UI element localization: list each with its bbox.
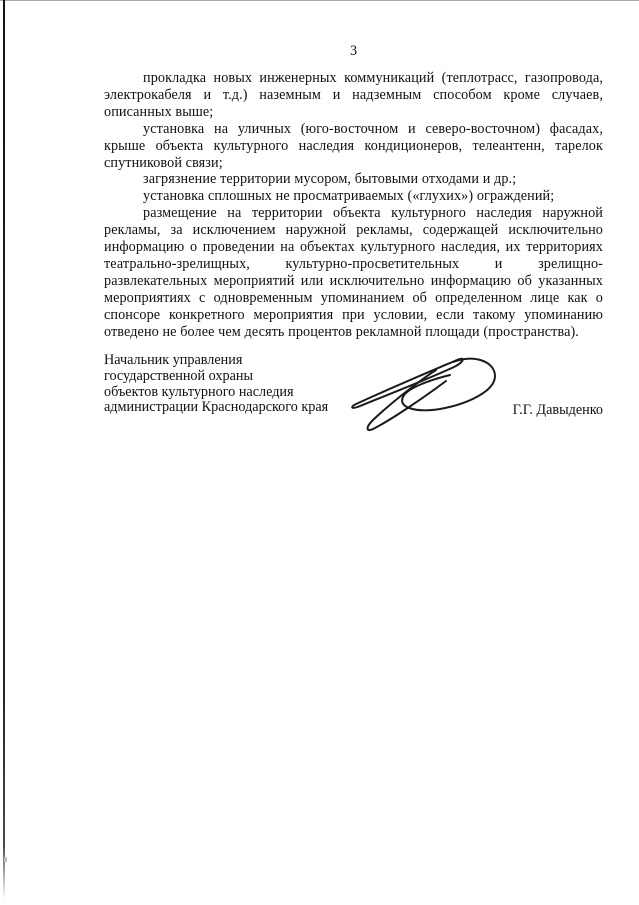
document-page: 3 прокладка новых инженерных коммуникаци… <box>0 0 639 905</box>
body-line: описанных выше; <box>104 104 603 121</box>
scan-edge-left <box>3 0 5 899</box>
body-line: мероприятиях с одновременным упоминанием… <box>104 290 603 307</box>
body-line: информацию о проведении на объектах куль… <box>104 239 603 256</box>
signature-title-line: государственной охраны <box>104 369 328 385</box>
signature-title: Начальник управлениягосударственной охра… <box>104 353 328 416</box>
signature-name: Г.Г. Давыденко <box>513 402 603 419</box>
body-line: рекламы, за исключением наружной рекламы… <box>104 222 603 239</box>
body-line: установка на уличных (юго-восточном и се… <box>104 121 603 138</box>
body-line: загрязнение территории мусором, бытовыми… <box>104 171 603 188</box>
body-line: театрально-зрелищных, культурно-просвети… <box>104 256 603 273</box>
signature-title-line: администрации Краснодарского края <box>104 400 328 416</box>
body-line: спонсоре конкретного мероприятия при усл… <box>104 307 603 324</box>
page-number: 3 <box>104 43 603 60</box>
body-line: электрокабеля и т.д.) наземным и надземн… <box>104 87 603 104</box>
signature-title-line: Начальник управления <box>104 353 328 369</box>
handwritten-signature-icon <box>346 351 504 437</box>
body-line: размещение на территории объекта культур… <box>104 205 603 222</box>
document-body: прокладка новых инженерных коммуникаций … <box>104 70 603 341</box>
body-line: установка сплошных не просматриваемых («… <box>104 188 603 205</box>
body-line: спутниковой связи; <box>104 155 603 172</box>
body-line: развлекательных мероприятий или исключит… <box>104 273 603 290</box>
scan-artifact-speck <box>4 857 7 862</box>
body-line: прокладка новых инженерных коммуникаций … <box>104 70 603 87</box>
body-line: крыше объекта культурного наследия конди… <box>104 138 603 155</box>
scan-edge-top <box>0 0 639 1</box>
signature-title-line: объектов культурного наследия <box>104 385 328 401</box>
body-line: отведено не более чем десять процентов р… <box>104 324 603 341</box>
